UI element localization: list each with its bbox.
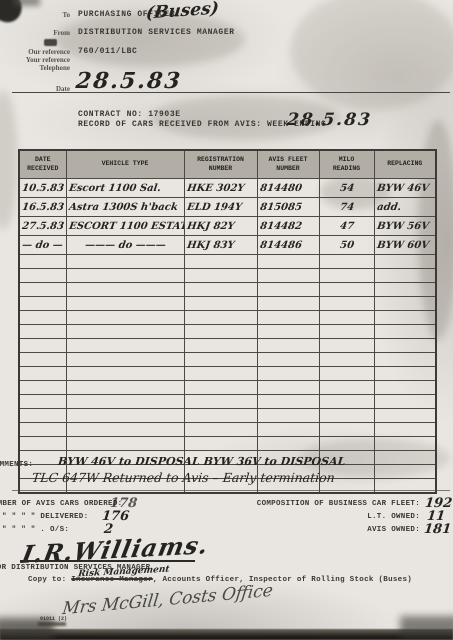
table-row: — do — ——— do ——— HKJ 83Y 814486 50 BYW …: [19, 236, 436, 255]
our-reference-label: Our reference: [0, 48, 70, 56]
table-row-empty: [19, 395, 436, 409]
table-row-empty: [19, 311, 436, 325]
table-row-empty: [19, 367, 436, 381]
cell-fleet: 814482: [259, 221, 302, 232]
col-header-fleet: AVIS FLEET NUMBER: [257, 150, 319, 179]
fleet-label: COMPOSITION OF BUSINESS CAR FLEET:: [0, 500, 420, 508]
cell-vehicle: ESCORT 1100 ESTATE: [68, 221, 184, 232]
scan-bottom-right-blob: [400, 616, 453, 640]
table-row-empty: [19, 269, 436, 283]
cell-vehicle: ——— do ———: [84, 240, 166, 251]
cell-replacing: BYW 46V: [376, 183, 429, 194]
header-rule: [12, 92, 450, 93]
week-ending-handwritten: 28.5.83: [286, 110, 373, 130]
col-header-date: DATE RECEIVED: [19, 150, 66, 179]
scan-smudge: [290, 0, 453, 110]
cell-date: 27.5.83: [21, 221, 64, 232]
col-header-registration: REGISTRATION NUMBER: [184, 150, 257, 179]
comments-line1: BYW 46V to DISPOSAL BYW 36V to DISPOSAL: [57, 455, 346, 468]
col-header-milo: MILO READING: [319, 150, 374, 179]
cell-registration: HKE 302Y: [186, 183, 245, 194]
cell-date: 16.5.83: [21, 202, 64, 213]
lt-owned-label: L.T. OWNED:: [0, 513, 420, 521]
scanned-document-page: To PURCHASING OFFICER (Buses) From DISTR…: [0, 0, 453, 640]
cell-milo: 47: [339, 221, 354, 232]
from-value: DISTRIBUTION SERVICES MANAGER: [78, 28, 235, 37]
cell-vehicle: Astra 1300S h'back: [68, 202, 178, 213]
cell-milo: 74: [339, 202, 354, 213]
note-handwritten: Mrs McGill, Costs Office: [61, 581, 274, 620]
comments-line2: TLC 647W Returned to Avis – Early termin…: [31, 470, 335, 485]
col-header-vehicle: VEHICLE TYPE: [66, 150, 184, 179]
table-row-empty: [19, 297, 436, 311]
cell-date: 10.5.83: [21, 183, 64, 194]
table-row-empty: [19, 283, 436, 297]
scan-edge-streak: [14, 0, 40, 6]
copy-to-label: Copy to:: [28, 576, 66, 584]
from-label: From: [0, 29, 70, 37]
scan-bottom-band: [0, 629, 453, 640]
table-row: 10.5.83 Escort 1100 Sal. HKE 302Y 814480…: [19, 179, 436, 198]
table-row-empty: [19, 353, 436, 367]
cell-fleet: 814480: [259, 183, 302, 194]
table-row-empty: [19, 381, 436, 395]
telephone-label: Telephone: [0, 64, 70, 72]
contract-number: CONTRACT NO: 17903E: [78, 110, 181, 119]
table-row-empty: [19, 423, 436, 437]
logo-smudge: [44, 39, 57, 46]
cell-date: — do —: [21, 240, 63, 251]
table-row-empty: [19, 339, 436, 353]
record-table: DATE RECEIVED VEHICLE TYPE REGISTRATION …: [18, 149, 437, 494]
scan-smudge: [0, 90, 18, 230]
cell-vehicle: Escort 1100 Sal.: [68, 183, 161, 194]
date-handwritten: 28.5.83: [75, 68, 184, 94]
avis-owned-value: 181: [423, 522, 452, 537]
table-row: 16.5.83 Astra 1300S h'back ELD 194Y 8150…: [19, 198, 436, 217]
cell-registration: HKJ 83Y: [186, 240, 235, 251]
table-row: 27.5.83 ESCORT 1100 ESTATE HKJ 82Y 81448…: [19, 217, 436, 236]
our-reference-value: 760/011/LBC: [78, 47, 137, 56]
cell-milo: 50: [339, 240, 354, 251]
cell-fleet: 814486: [259, 240, 302, 251]
comments-label: COMMENTS:: [0, 461, 33, 469]
buses-handwritten: (Buses): [145, 0, 220, 24]
cell-fleet: 815085: [259, 202, 302, 213]
table-row-empty: [19, 437, 436, 451]
table-row-empty: [19, 325, 436, 339]
copy-rest: , Accounts Officer, Inspector of Rolling…: [153, 576, 412, 584]
cell-replacing: BYW 56V: [376, 221, 429, 232]
table-row-empty: [19, 409, 436, 423]
signature-underline: [20, 560, 195, 562]
your-reference-label: Your reference: [0, 56, 70, 64]
cell-replacing: add.: [376, 202, 401, 213]
col-header-replacing: REPLACING: [374, 150, 436, 179]
cell-registration: ELD 194Y: [186, 202, 242, 213]
cell-milo: 54: [339, 183, 354, 194]
comments-rule: [12, 490, 450, 491]
scan-bottom-left-blob: [0, 618, 54, 640]
cell-replacing: BYW 60V: [376, 240, 429, 251]
to-label: To: [0, 11, 70, 19]
table-row-empty: [19, 255, 436, 269]
record-table-header: DATE RECEIVED VEHICLE TYPE REGISTRATION …: [19, 150, 436, 179]
cell-registration: HKJ 82Y: [186, 221, 235, 232]
